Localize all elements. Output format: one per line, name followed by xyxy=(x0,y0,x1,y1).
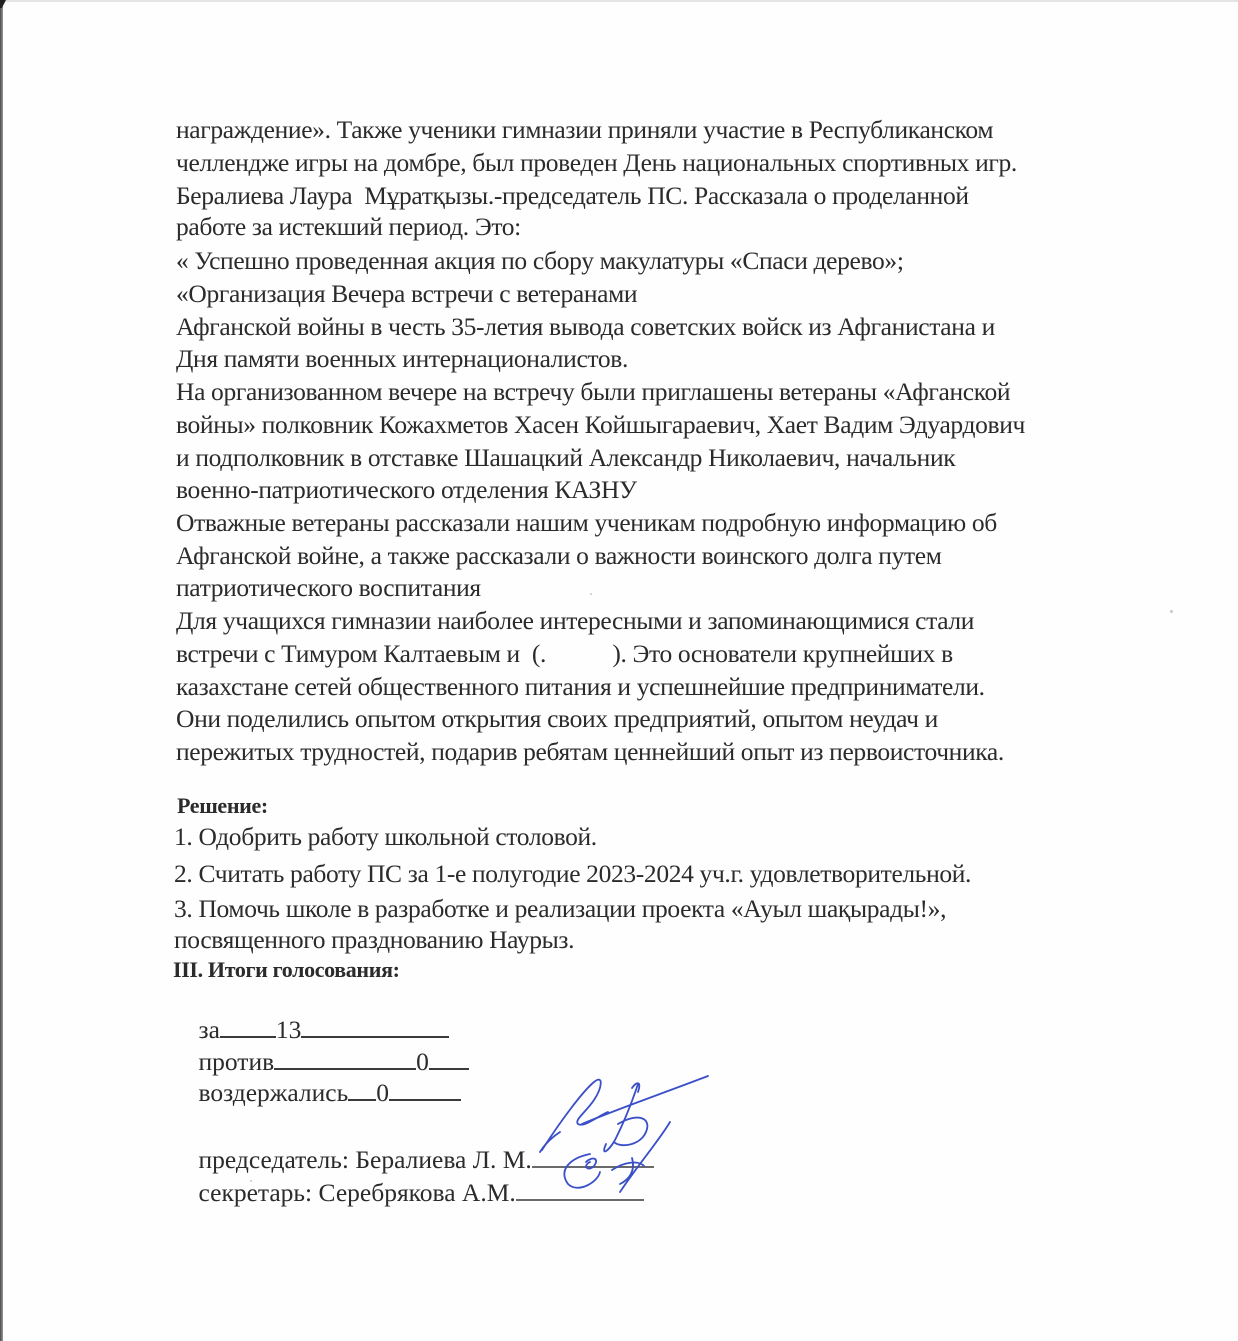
decision-item: 3. Помочь школе в разработке и реализаци… xyxy=(174,893,946,925)
body-line: награждение». Также ученики гимназии при… xyxy=(176,114,993,146)
body-line: военно-патриотического отделения КАЗНУ xyxy=(176,474,637,506)
body-line: встречи с Тимуром Калтаевым и (. ). Это … xyxy=(176,638,953,670)
scan-speck xyxy=(250,1180,252,1182)
body-line: патриотического воспитания xyxy=(176,572,481,604)
body-line: Афганской войны в честь 35-летия вывода … xyxy=(176,311,995,343)
body-line: « Успешно проведенная акция по сбору мак… xyxy=(176,245,904,277)
blank-underline xyxy=(389,1077,461,1101)
decision-heading: Решение: xyxy=(177,790,268,822)
body-line: казахстане сетей общественного питания и… xyxy=(176,671,985,703)
blank-underline xyxy=(348,1077,376,1101)
handwritten-signature-icon xyxy=(520,1062,720,1202)
body-line: Отважные ветераны рассказали нашим учени… xyxy=(176,507,997,539)
page-left-edge-shadow xyxy=(0,0,3,1341)
body-line: пережитых трудностей, подарив ребятам це… xyxy=(176,736,1004,768)
secretary-name: секретарь: Серебрякова А.М. xyxy=(199,1178,516,1207)
vote-abstained-label: воздержались xyxy=(199,1078,349,1107)
body-line: работе за истекший период. Это: xyxy=(176,211,521,243)
body-line: Они поделились опытом открытия своих пре… xyxy=(176,703,938,735)
body-line: Для учащихся гимназии наиболее интересны… xyxy=(176,605,974,637)
body-line: и подполковник в отставке Шашацкий Алекс… xyxy=(176,442,955,474)
decision-item: 2. Считать работу ПС за 1-е полугодие 20… xyxy=(174,858,971,890)
decision-item: 1. Одобрить работу школьной столовой. xyxy=(174,821,597,853)
body-line: челлендже игры на домбре, был проведен Д… xyxy=(176,147,1017,179)
scan-corner-mark xyxy=(0,0,6,8)
body-line: «Организация Вечера встречи с ветеранами xyxy=(176,278,637,310)
body-line: На организованном вечере на встречу были… xyxy=(176,376,1010,408)
scanned-document-page: награждение». Также ученики гимназии при… xyxy=(0,0,1238,1341)
decision-item: посвященного празднованию Наурыз. xyxy=(174,924,574,956)
body-line: Афганской войне, а также рассказали о ва… xyxy=(176,540,942,572)
scan-speck xyxy=(1170,610,1173,613)
body-line: войны» полковник Кожахметов Хасен Койшыг… xyxy=(176,409,1025,441)
page-top-edge xyxy=(0,0,1238,2)
body-line: Дня памяти военных интернационалистов. xyxy=(176,343,628,375)
body-line: Бералиева Лаура Мұратқызы.-председатель … xyxy=(176,180,969,212)
scan-speck xyxy=(590,593,592,595)
vote-abstained-value: 0 xyxy=(376,1077,389,1109)
